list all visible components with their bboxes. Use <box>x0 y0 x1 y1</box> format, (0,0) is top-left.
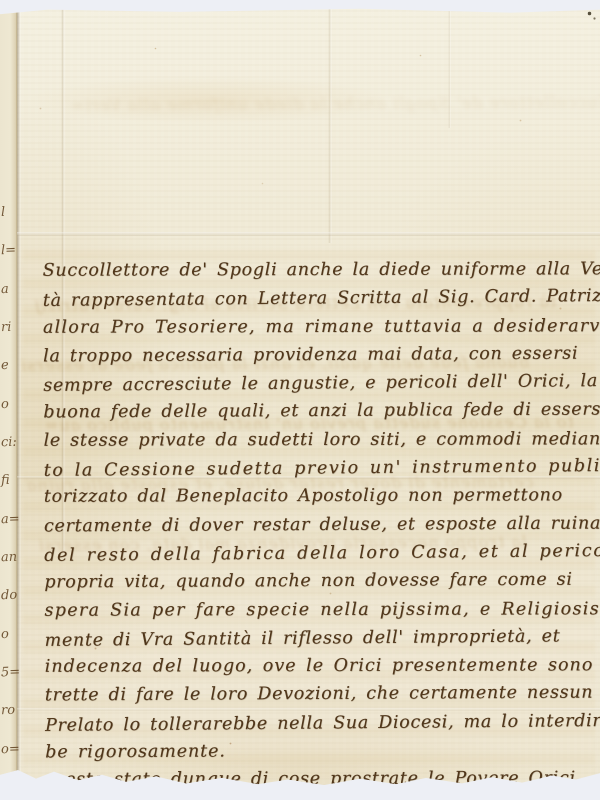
edge-fragment: ri <box>0 321 12 334</box>
edge-fragment: fi <box>0 474 10 487</box>
edge-fragment: an <box>0 551 17 565</box>
manuscript-line: trette di fare le loro Devozioni, che ce… <box>45 679 590 710</box>
manuscript-line: propria vita, quando anche non dovesse f… <box>44 566 589 597</box>
edge-fragment: o= <box>0 742 20 756</box>
edge-fragment: l <box>0 206 5 219</box>
scanned-letter: Succollettore de' Spogli anche la diede … <box>0 0 600 800</box>
edge-fragment: ro <box>0 704 15 718</box>
fold-crease-vertical <box>328 8 332 243</box>
edge-fragment: d <box>0 781 10 794</box>
manuscript-line: mente di Vra Santità il riflesso dell' i… <box>44 622 589 655</box>
manuscript-line: indecenza del luogo, ove le Orici presen… <box>45 651 590 681</box>
manuscript-line: buona fede delle quali, et anzi la publi… <box>43 396 588 427</box>
manuscript-text: Succollettore de' Spogli anche la diede … <box>43 255 591 795</box>
manuscript-line: In questo stato dunque di cose prostrate… <box>12 765 590 795</box>
edge-fragment: o <box>0 397 9 410</box>
letter-page: Succollettore de' Spogli anche la diede … <box>0 8 600 792</box>
manuscript-line: tà rappresentata con Lettera Scritta al … <box>43 282 588 315</box>
edge-fragment: e <box>0 359 9 372</box>
edge-fragment: l= <box>0 244 16 258</box>
manuscript-line: spera Sia per fare specie nella pijssima… <box>44 595 589 625</box>
manuscript-line: certamente di dover restar deluse, et es… <box>44 509 589 540</box>
adjacent-page-text-fragments: ll=arieoci:fia=andoo5=roo=d <box>0 206 16 794</box>
manuscript-line: Succollettore de' Spogli anche la diede … <box>43 255 588 285</box>
edge-fragment: 5= <box>0 666 20 680</box>
edge-fragment: do <box>0 589 17 603</box>
edge-fragment: a= <box>0 512 20 526</box>
manuscript-line: del resto della fabrica della loro Casa,… <box>44 537 589 570</box>
ink-bleedthrough: Succollettore de' Spogli anche la diede … <box>70 92 600 115</box>
manuscript-line: to la Cessione sudetta previo un' instru… <box>44 452 589 485</box>
fold-crease-horizontal <box>0 232 600 236</box>
manuscript-line: allora Pro Tesoriere, ma rimane tuttavia… <box>43 312 588 342</box>
manuscript-line: le stesse private da sudetti loro siti, … <box>44 425 589 455</box>
manuscript-line: Prelato lo tollerarebbe nella Sua Dioces… <box>45 707 590 740</box>
edge-fragment: a <box>0 283 9 296</box>
edge-fragment: o <box>0 627 9 640</box>
manuscript-line: sempre accresciute le angustie, e perico… <box>43 367 588 400</box>
fold-crease-vertical <box>448 8 451 128</box>
edge-fragment: ci: <box>0 436 17 450</box>
manuscript-line: la troppo necessaria providenza mai data… <box>43 339 588 370</box>
manuscript-line: be rigorosamente. <box>45 736 590 767</box>
manuscript-line: torizzato dal Beneplacito Apostoligo non… <box>44 482 589 512</box>
foxing-specks <box>0 8 1 9</box>
